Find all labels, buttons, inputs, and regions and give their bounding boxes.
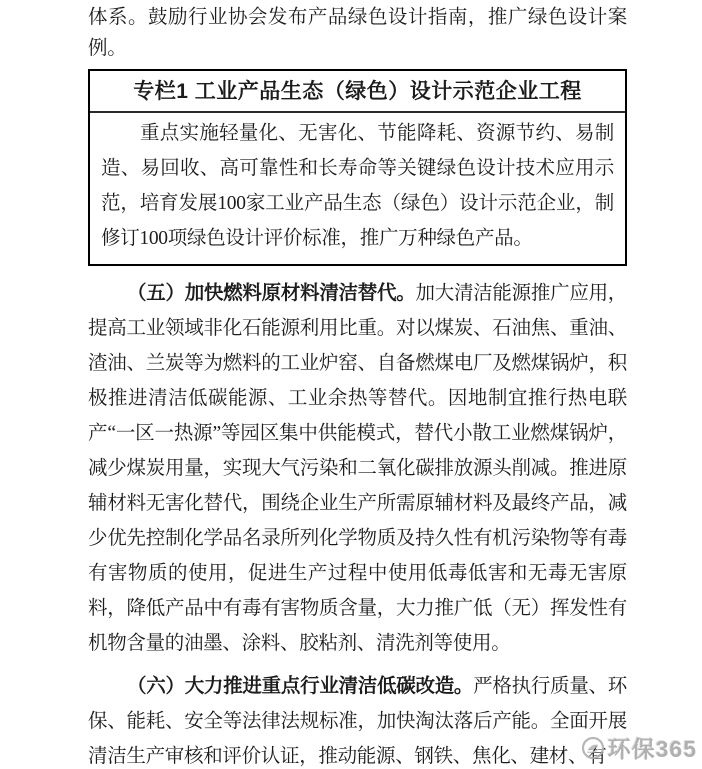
paragraph-6: （六）大力推进重点行业清洁低碳改造。严格执行质量、环保、能耗、安全等法律法规标准… (88, 669, 627, 769)
special-column-box: 专栏1 工业产品生态（绿色）设计示范企业工程 重点实施轻量化、无害化、节能降耗、… (88, 69, 627, 266)
paragraph-5-lead: （五）加快燃料原材料清洁替代。 (127, 283, 415, 304)
special-column-text: 重点实施轻量化、无害化、节能降耗、资源节约、易制造、易回收、高可靠性和长寿命等关… (101, 116, 614, 256)
special-column-body: 重点实施轻量化、无害化、节能降耗、资源节约、易制造、易回收、高可靠性和长寿命等关… (90, 113, 625, 264)
paragraph-5: （五）加快燃料原材料清洁替代。加大清洁能源推广应用，提高工业领域非化石能源利用比… (88, 276, 627, 661)
document-page: 体系。鼓励行业协会发布产品绿色设计指南，推广绿色设计案例。 专栏1 工业产品生态… (0, 0, 702, 769)
globe-leaf-icon (581, 736, 605, 760)
watermark-text: 环保365 (608, 731, 697, 764)
paragraph-5-text: 加大清洁能源推广应用，提高工业领域非化石能源利用比重。对以煤炭、石油焦、重油、渣… (88, 283, 627, 654)
paragraph-intro: 体系。鼓励行业协会发布产品绿色设计指南，推广绿色设计案例。 (88, 2, 627, 64)
special-column-title: 专栏1 工业产品生态（绿色）设计示范企业工程 (90, 71, 625, 113)
paragraph-6-lead: （六）大力推进重点行业清洁低碳改造。 (127, 676, 473, 697)
huanbao365-logo: 环保365 (581, 731, 697, 764)
